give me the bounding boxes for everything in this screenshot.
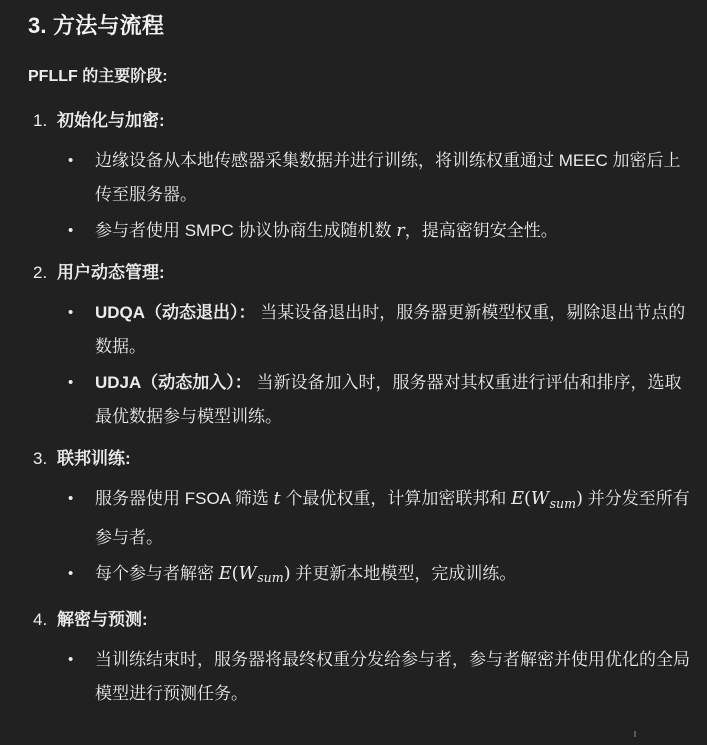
- cursor-artifact: [634, 731, 636, 737]
- bullet-item: • 每个参与者解密 E(Wsum) 并更新本地模型，完成训练。: [68, 557, 690, 596]
- bullet-text: UDQA（动态退出）： 当某设备退出时，服务器更新模型权重，剔除退出节点的数据。: [95, 296, 690, 364]
- text-segment: ，提高密钥安全性。: [405, 221, 558, 240]
- bullet-item: • 边缘设备从本地传感器采集数据并进行训练，将训练权重通过 MEEC 加密后上传…: [68, 144, 690, 212]
- bullet-marker-icon: •: [68, 296, 95, 364]
- text-segment: 并更新本地模型，完成训练。: [291, 564, 517, 583]
- text-segment-bold: UDJA（动态加入）：: [95, 373, 252, 392]
- bullet-marker-icon: •: [68, 643, 95, 711]
- text-segment: 参与者使用 SMPC 协议协商生成随机数: [95, 221, 396, 240]
- bullet-text: UDJA（动态加入）： 当新设备加入时，服务器对其权重进行评估和排序，选取最优数…: [95, 366, 690, 434]
- bullet-item: • 服务器使用 FSOA 筛选 t 个最优权重，计算加密联邦和 E(Wsum) …: [68, 482, 690, 555]
- bullet-item: • UDJA（动态加入）： 当新设备加入时，服务器对其权重进行评估和排序，选取最…: [68, 366, 690, 434]
- bullet-marker-icon: •: [68, 482, 95, 555]
- text-segment-mi: W: [531, 489, 549, 509]
- bullet-item: • UDQA（动态退出）： 当某设备退出时，服务器更新模型权重，剔除退出节点的数…: [68, 296, 690, 364]
- step-number: 1.: [33, 104, 57, 138]
- step-heading: 用户动态管理:: [57, 256, 165, 290]
- step-heading: 初始化与加密:: [57, 104, 165, 138]
- text-segment-mi: r: [396, 221, 404, 241]
- step-number: 2.: [33, 256, 57, 290]
- bullet-item: • 当训练结束时，服务器将最终权重分发给参与者，参与者解密并使用优化的全局模型进…: [68, 643, 690, 711]
- step-number: 4.: [33, 603, 57, 637]
- bullet-text: 参与者使用 SMPC 协议协商生成随机数 r，提高密钥安全性。: [95, 214, 690, 248]
- text-segment-msub: sum: [550, 496, 576, 511]
- text-segment-msub: sum: [257, 570, 283, 585]
- chat-message-document: 3. 方法与流程 PFLLF 的主要阶段: 1. 初始化与加密: • 边缘设备从…: [0, 0, 707, 745]
- bullet-marker-icon: •: [68, 214, 95, 248]
- bullet-item: • 参与者使用 SMPC 协议协商生成随机数 r，提高密钥安全性。: [68, 214, 690, 248]
- step-item: 3. 联邦训练: • 服务器使用 FSOA 筛选 t 个最优权重，计算加密联邦和…: [28, 442, 690, 595]
- step-heading: 解密与预测:: [57, 603, 148, 637]
- bullet-marker-icon: •: [68, 557, 95, 596]
- step-bullets: • 服务器使用 FSOA 筛选 t 个最优权重，计算加密联邦和 E(Wsum) …: [28, 482, 690, 595]
- steps-list: 1. 初始化与加密: • 边缘设备从本地传感器采集数据并进行训练，将训练权重通过…: [28, 104, 690, 711]
- step-item: 4. 解密与预测: • 当训练结束时，服务器将最终权重分发给参与者，参与者解密并…: [28, 603, 690, 711]
- text-segment-mo: (: [524, 489, 531, 509]
- step-item: 2. 用户动态管理: • UDQA（动态退出）： 当某设备退出时，服务器更新模型…: [28, 256, 690, 434]
- step-bullets: • 当训练结束时，服务器将最终权重分发给参与者，参与者解密并使用优化的全局模型进…: [28, 643, 690, 711]
- section-title: 3. 方法与流程: [28, 10, 690, 42]
- intro-line: PFLLF 的主要阶段:: [28, 64, 690, 90]
- text-segment-mo: ): [284, 564, 291, 584]
- text-segment-mi: t: [274, 489, 281, 509]
- step-header: 2. 用户动态管理:: [28, 256, 690, 290]
- text-segment: 服务器使用 FSOA 筛选: [95, 489, 274, 508]
- text-segment: 边缘设备从本地传感器采集数据并进行训练，将训练权重通过 MEEC 加密后上传至服…: [95, 151, 681, 204]
- text-segment: 当训练结束时，服务器将最终权重分发给参与者，参与者解密并使用优化的全局模型进行预…: [95, 650, 690, 703]
- bullet-text: 当训练结束时，服务器将最终权重分发给参与者，参与者解密并使用优化的全局模型进行预…: [95, 643, 690, 711]
- bullet-text: 边缘设备从本地传感器采集数据并进行训练，将训练权重通过 MEEC 加密后上传至服…: [95, 144, 690, 212]
- step-number: 3.: [33, 442, 57, 476]
- text-segment: 个最优权重，计算加密联邦和: [281, 489, 511, 508]
- bullet-marker-icon: •: [68, 366, 95, 434]
- text-segment-mi: E: [219, 564, 232, 584]
- step-item: 1. 初始化与加密: • 边缘设备从本地传感器采集数据并进行训练，将训练权重通过…: [28, 104, 690, 248]
- step-header: 3. 联邦训练:: [28, 442, 690, 476]
- step-bullets: • 边缘设备从本地传感器采集数据并进行训练，将训练权重通过 MEEC 加密后上传…: [28, 144, 690, 248]
- bullet-text: 服务器使用 FSOA 筛选 t 个最优权重，计算加密联邦和 E(Wsum) 并分…: [95, 482, 690, 555]
- step-bullets: • UDQA（动态退出）： 当某设备退出时，服务器更新模型权重，剔除退出节点的数…: [28, 296, 690, 434]
- text-segment-mo: (: [232, 564, 239, 584]
- text-segment-mi: E: [511, 489, 524, 509]
- step-header: 4. 解密与预测:: [28, 603, 690, 637]
- bullet-marker-icon: •: [68, 144, 95, 212]
- text-segment: 每个参与者解密: [95, 564, 219, 583]
- text-segment-mo: ): [576, 489, 583, 509]
- text-segment-bold: UDQA（动态退出）：: [95, 303, 256, 322]
- step-heading: 联邦训练:: [57, 442, 131, 476]
- step-header: 1. 初始化与加密:: [28, 104, 690, 138]
- bullet-text: 每个参与者解密 E(Wsum) 并更新本地模型，完成训练。: [95, 557, 690, 596]
- text-segment-mi: W: [239, 564, 257, 584]
